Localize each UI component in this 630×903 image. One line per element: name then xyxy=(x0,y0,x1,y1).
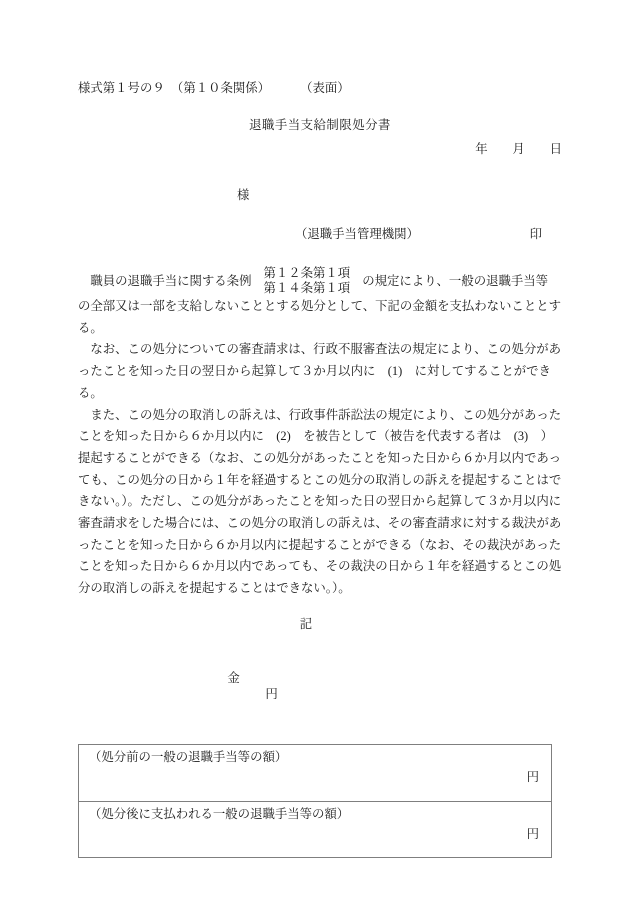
ki-heading: 記 xyxy=(64,616,548,632)
clause-line-1: 第１２条第１項 xyxy=(263,266,350,281)
page-title: 退職手当支給制限処分書 xyxy=(78,117,562,133)
amount-table: （処分前の一般の退職手当等の額） 円 （処分後に支払われる一般の退職手当等の額）… xyxy=(78,744,552,858)
body-paragraph-1: の全部又は一部を支給しないこととする処分として、下記の金額を支払わないこととする… xyxy=(78,296,562,339)
row-label: （処分前の一般の退職手当等の額） xyxy=(89,749,539,765)
date-line: 年 月 日 xyxy=(78,141,562,157)
side-label: （表面） xyxy=(300,80,350,96)
agency-line: （退職手当管理機関） 印 xyxy=(78,226,562,242)
para1-after-text: の規定により、一般の退職手当等 xyxy=(362,273,548,289)
clause-line-2: 第１４条第１項 xyxy=(263,281,350,296)
addressee-sama: 様 xyxy=(78,187,562,203)
para1-lead-text: 職員の退職手当に関する条例 xyxy=(78,273,251,289)
agency-label: （退職手当管理機関） xyxy=(295,226,419,242)
amount-kin-label: 金 xyxy=(227,671,239,685)
row-unit: 円 xyxy=(89,769,539,785)
row-unit: 円 xyxy=(89,826,539,842)
document-page: 様式第１号の９ （第１０条関係） （表面） 退職手当支給制限処分書 年 月 日 … xyxy=(0,0,630,903)
seal-mark: 印 xyxy=(530,226,542,242)
clause-reference-line: 職員の退職手当に関する条例 第１２条第１項 第１４条第１項 の規定により、一般の… xyxy=(78,266,562,296)
body-paragraph-3: また、この処分の取消しの訴えは、行政事件訴訟法の規定により、この処分があったこと… xyxy=(78,405,562,600)
article-clause-stack: 第１２条第１項 第１４条第１項 xyxy=(263,266,350,296)
amount-line: 金 円 xyxy=(78,654,562,718)
table-row-before-disposition: （処分前の一般の退職手当等の額） 円 xyxy=(79,745,551,801)
table-row-after-disposition: （処分後に支払われる一般の退職手当等の額） 円 xyxy=(79,801,551,857)
body-paragraph-2: なお、この処分についての審査請求は、行政不服審査法の規定により、この処分があった… xyxy=(78,339,562,404)
row-label: （処分後に支払われる一般の退職手当等の額） xyxy=(89,806,539,822)
amount-yen-label: 円 xyxy=(265,687,277,701)
form-header: 様式第１号の９ （第１０条関係） （表面） xyxy=(78,80,562,96)
form-number: 様式第１号の９ （第１０条関係） xyxy=(78,80,270,96)
